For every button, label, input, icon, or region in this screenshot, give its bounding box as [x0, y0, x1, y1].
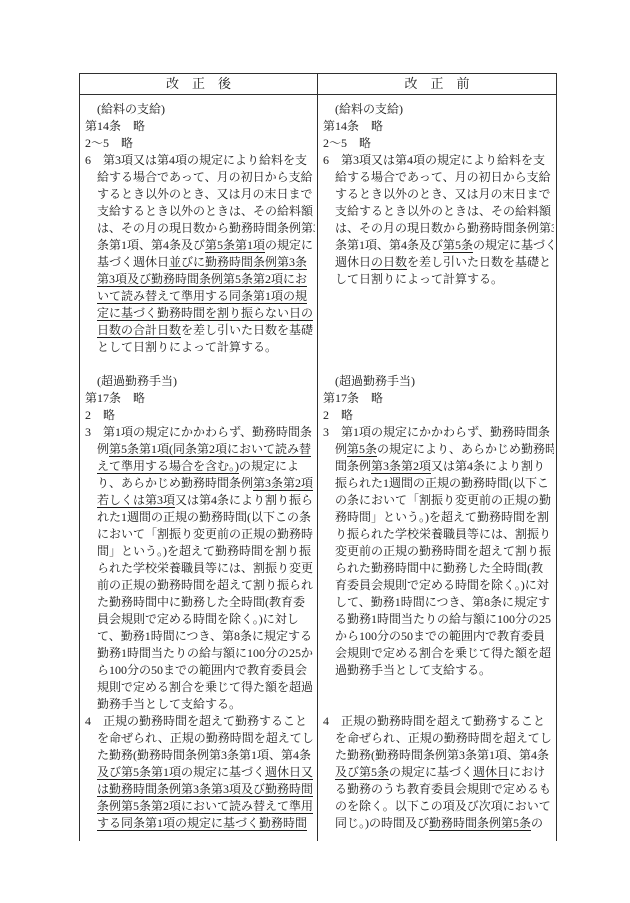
text-line: する同条第1項の規定に基づく勤務時間: [85, 815, 315, 832]
text-segment: 又は第4条により割り振ら: [175, 493, 313, 507]
text-segment: る勤務のうち教育委員会規則で定めるも: [323, 782, 551, 796]
text-segment: [85, 799, 97, 813]
text-segment: を差し引いた日数を基礎: [181, 323, 313, 337]
text-line: 6 第3項又は第4項の規定により給料を支: [85, 152, 315, 169]
text-line: いて読み替えて準用する同条第1項の規: [85, 288, 315, 305]
text-line: 2〜5 略: [323, 135, 554, 152]
text-line: る勤務1時間当たりの給与額に100分の25: [323, 611, 554, 628]
text-line: た勤務時間中に勤務した全時間(教育委: [85, 594, 315, 611]
underlined-text-segment: 並びに勤務時間条例第3条: [169, 255, 307, 270]
text-segment: 6 第3項又は第4項の規定により給料を支: [85, 153, 307, 167]
text-segment: [85, 323, 97, 337]
text-segment: 第17条 略: [85, 391, 145, 405]
text-segment: 育委員会規則で定める時間を除く。)に対: [323, 578, 549, 592]
text-segment: (給料の支給): [323, 102, 403, 116]
text-segment: して日割りによって計算する。: [323, 272, 503, 286]
text-line: の条において「割振り変更前の正規の勤: [323, 492, 554, 509]
text-segment: を差し引いた日数を基礎と: [407, 255, 551, 269]
text-line: 3 第1項の規定にかかわらず、勤務時間条: [323, 424, 554, 441]
text-segment: 支給するとき以外のときは、その給料額: [85, 204, 313, 218]
text-line: するとき以外のとき、又は月の末日まで: [323, 186, 554, 203]
text-line: られた勤務時間中に勤務した全時間(教: [323, 560, 554, 577]
text-segment: の規定に基づく: [389, 765, 473, 779]
underlined-text-segment: 第3条第2項: [371, 459, 431, 474]
text-line: 給する場合であって、月の初日から支給: [323, 169, 554, 186]
text-segment: するとき以外のとき、又は月の末日まで: [85, 187, 313, 201]
text-line: 同じ。)の時間及び勤務時間条例第5条の: [323, 815, 554, 832]
underlined-text-segment: 定に基づく勤務時間を割り振らない日の: [97, 306, 313, 321]
underlined-text-segment: は勤務時間条例第3条第3項及び勤務時間: [97, 782, 313, 797]
text-line: 日数の合計日数を差し引いた日数を基礎: [85, 322, 315, 339]
text-segment: [85, 289, 97, 303]
comparison-table: 改 正 後 改 正 前 (給料の支給)第14条 略2〜5 略6 第3項又は第4項…: [79, 73, 557, 841]
text-line: 2〜5 略: [85, 135, 315, 152]
text-segment: の規定に基づく: [473, 238, 554, 252]
text-line: て、勤務1時間につき、第8条に規定する: [85, 628, 315, 645]
text-line: 例第5条第1項(同条第2項において読み替: [85, 441, 315, 458]
text-line: して日割りによって計算する。: [323, 271, 554, 288]
text-segment: 6 第3項又は第4項の規定により給料を支: [323, 153, 545, 167]
text-line: えて準用する場合を含む。)の規定によ: [85, 458, 315, 475]
text-line: (給料の支給): [323, 101, 554, 118]
text-line: から100分の50までの範囲内で教育委員: [323, 628, 554, 645]
text-line: (超過勤務手当): [85, 373, 315, 390]
text-segment: た勤務(勤務時間条例第3条第1項、第4条: [323, 748, 549, 762]
underlined-text-segment: 日数の合計日数: [97, 323, 181, 338]
text-segment: の規定に: [265, 238, 313, 252]
text-line: を命ぜられ、正規の勤務時間を超えてし: [85, 730, 315, 747]
text-line: ら100分の50までの範囲内で教育委員会: [85, 662, 315, 679]
text-segment: る勤務1時間当たりの給与額に100分の25: [323, 612, 551, 626]
text-segment: 基づく週休日: [85, 255, 169, 269]
text-segment: 規則で定める割合を乗じて得た額を超過: [85, 680, 313, 694]
text-line: は、その月の現日数から勤務時間条例第3: [323, 220, 554, 237]
text-segment: 前の正規の勤務時間を超えて割り振られ: [85, 578, 313, 592]
text-line: り、あらかじめ勤務時間条例第3条第2項: [85, 475, 315, 492]
text-segment: の: [531, 816, 543, 830]
underlined-text-segment: 第5条: [443, 238, 473, 253]
text-line: られた学校栄養職員等には、割振り変更: [85, 560, 315, 577]
text-segment: れた1週間の正規の勤務時間(以下この条: [85, 510, 311, 524]
text-segment: して、勤務1時間につき、第8条に規定す: [323, 595, 550, 609]
text-line: 給する場合であって、月の初日から支給: [85, 169, 315, 186]
text-segment: [85, 493, 97, 507]
text-segment: 2〜5 略: [85, 136, 133, 150]
blank-line: [323, 679, 554, 696]
column-after-body: (給料の支給)第14条 略2〜5 略6 第3項又は第4項の規定により給料を支 給…: [80, 95, 317, 841]
underlined-text-segment: 第3条第2項: [253, 476, 313, 491]
text-segment: ら100分の50までの範囲内で教育委員会: [85, 663, 307, 677]
text-segment: を命ぜられ、正規の勤務時間を超えてし: [323, 731, 552, 745]
text-line: 間」という。)を超えて勤務時間を割り振: [85, 543, 315, 560]
text-segment: 員会規則で定める時間を除く。)に対し: [85, 612, 299, 626]
text-segment: 第14条 略: [323, 119, 383, 133]
text-segment: 又は第4条により割り: [431, 459, 545, 473]
text-segment: 条第1項、第4条及び: [85, 238, 205, 252]
header-after-revision: 改 正 後: [80, 74, 317, 94]
text-line: 4 正規の勤務時間を超えて勤務すること: [85, 713, 315, 730]
text-segment: [85, 816, 97, 830]
text-line: 定に基づく勤務時間を割り振らない日の: [85, 305, 315, 322]
text-segment: (給料の支給): [85, 102, 165, 116]
text-segment: の条において「割振り変更前の正規の勤: [323, 493, 551, 507]
text-segment: として日割りによって計算する。: [85, 340, 277, 354]
text-line: れた1週間の正規の勤務時間(以下この条: [85, 509, 315, 526]
text-line: (超過勤務手当): [323, 373, 554, 390]
text-segment: [85, 306, 97, 320]
text-line: において「割振り変更前の正規の勤務時: [85, 526, 315, 543]
text-segment: [85, 765, 97, 779]
text-line: 週休日の日数を差し引いた日数を基礎と: [323, 254, 554, 271]
text-segment: [85, 459, 97, 473]
text-segment: られた勤務時間中に勤務した全時間(教: [323, 561, 543, 575]
underlined-text-segment: 第3項及び勤務時間条例第5条第2項にお: [97, 272, 307, 287]
underlined-text-segment: 第5条: [347, 442, 377, 457]
text-line: 及び第5条第1項の規定に基づく週休日又: [85, 764, 315, 781]
text-segment: 第14条 略: [85, 119, 145, 133]
text-segment: 例: [323, 442, 347, 456]
blank-line: [323, 288, 554, 305]
text-line: 務時間」という。)を超えて勤務時間を割: [323, 509, 554, 526]
text-segment: から100分の50までの範囲内で教育委員: [323, 629, 545, 643]
text-line: 条第1項、第4条及び第5条第1項の規定に: [85, 237, 315, 254]
text-line: 若しくは第3項又は第4条により割り振ら: [85, 492, 315, 509]
column-before-body: (給料の支給)第14条 略2〜5 略6 第3項又は第4項の規定により給料を支 給…: [317, 95, 556, 841]
text-segment: [323, 765, 335, 779]
text-segment: た勤務(勤務時間条例第3条第1項、第4条: [85, 748, 311, 762]
text-segment: (超過勤務手当): [85, 374, 177, 388]
text-segment: は、その月の現日数から勤務時間条例第3: [85, 221, 315, 235]
text-segment: 過勤務手当として支給する。: [323, 663, 491, 677]
blank-line: [85, 356, 315, 373]
text-segment: の規定に基づく: [181, 765, 265, 779]
text-line: 振られた1週間の正規の勤務時間(以下こ: [323, 475, 554, 492]
blank-line: [323, 339, 554, 356]
text-line: 第17条 略: [85, 390, 315, 407]
text-segment: り振られた学校栄養職員等には、割振り: [323, 527, 551, 541]
text-line: り振られた学校栄養職員等には、割振り: [323, 526, 554, 543]
text-line: 基づく週休日並びに勤務時間条例第3条: [85, 254, 315, 271]
text-segment: の規定によ: [239, 459, 299, 473]
text-line: のを除く。以下この項及び次項において: [323, 798, 554, 815]
text-line: 過勤務手当として支給する。: [323, 662, 554, 679]
text-line: (給料の支給): [85, 101, 315, 118]
text-segment: するとき以外のとき、又は月の末日まで: [323, 187, 551, 201]
underlined-text-segment: 及び第5条: [335, 765, 389, 780]
blank-line: [323, 356, 554, 373]
text-line: 間条例第3条第2項又は第4条により割り: [323, 458, 554, 475]
text-line: 2 略: [323, 407, 554, 424]
text-line: 第3項及び勤務時間条例第5条第2項にお: [85, 271, 315, 288]
text-segment: 4 正規の勤務時間を超えて勤務すること: [323, 714, 545, 728]
text-line: 員会規則で定める時間を除く。)に対し: [85, 611, 315, 628]
header-before-revision: 改 正 前: [317, 74, 556, 94]
text-segment: 間」という。)を超えて勤務時間を割り振: [85, 544, 311, 558]
underlined-text-segment: えて準用する場合を含む。): [97, 459, 239, 474]
text-line: 2 略: [85, 407, 315, 424]
table-body-row: (給料の支給)第14条 略2〜5 略6 第3項又は第4項の規定により給料を支 給…: [80, 95, 556, 841]
text-line: するとき以外のとき、又は月の末日まで: [85, 186, 315, 203]
blank-line: [323, 305, 554, 322]
text-line: た勤務(勤務時間条例第3条第1項、第4条: [85, 747, 315, 764]
text-line: 3 第1項の規定にかかわらず、勤務時間条: [85, 424, 315, 441]
text-line: 4 正規の勤務時間を超えて勤務すること: [323, 713, 554, 730]
text-line: を命ぜられ、正規の勤務時間を超えてし: [323, 730, 554, 747]
text-segment: 3 第1項の規定にかかわらず、勤務時間条: [85, 425, 312, 439]
text-line: 前の正規の勤務時間を超えて割り振られ: [85, 577, 315, 594]
text-line: た勤務(勤務時間条例第3条第1項、第4条: [323, 747, 554, 764]
text-segment: のを除く。以下この項及び次項において: [323, 799, 551, 813]
text-segment: 勤務1時間当たりの給与額に100分の25か: [85, 646, 313, 660]
text-line: 第14条 略: [85, 118, 315, 135]
text-line: 例第5条の規定により、あらかじめ勤務時: [323, 441, 554, 458]
underlined-text-segment: する同条第1項の規定に基づく勤務時間: [97, 816, 307, 831]
text-line: 及び第5条の規定に基づく週休日におけ: [323, 764, 554, 781]
text-segment: 4 正規の勤務時間を超えて勤務すること: [85, 714, 307, 728]
text-line: る勤務のうち教育委員会規則で定めるも: [323, 781, 554, 798]
text-segment: [85, 782, 97, 796]
blank-line: [323, 696, 554, 713]
text-segment: において「割振り変更前の正規の勤務時: [85, 527, 313, 541]
text-segment: た勤務時間中に勤務した全時間(教育委: [85, 595, 305, 609]
text-segment: は、その月の現日数から勤務時間条例第3: [323, 221, 554, 235]
text-segment: 3 第1項の規定にかかわらず、勤務時間条: [323, 425, 550, 439]
text-line: 勤務手当として支給する。: [85, 696, 315, 713]
text-segment: 条第1項、第4条及び: [323, 238, 443, 252]
text-line: として日割りによって計算する。: [85, 339, 315, 356]
underlined-text-segment: 週休日: [473, 765, 509, 780]
text-segment: 2 略: [323, 408, 353, 422]
text-line: 支給するとき以外のときは、その給料額: [85, 203, 315, 220]
text-segment: の規定により、あらかじめ勤務時: [377, 442, 554, 456]
text-segment: 務時間」という。)を超えて勤務時間を割: [323, 510, 549, 524]
text-segment: 間条例: [323, 459, 371, 473]
text-line: 第14条 略: [323, 118, 554, 135]
text-line: は、その月の現日数から勤務時間条例第3: [85, 220, 315, 237]
blank-line: [323, 322, 554, 339]
underlined-text-segment: 若しくは第3項: [97, 493, 175, 508]
text-segment: 同じ。)の時間及び: [323, 816, 429, 830]
text-line: 条第1項、第4条及び第5条の規定に基づく: [323, 237, 554, 254]
text-segment: 会規則で定める割合を乗じて得た額を超: [323, 646, 551, 660]
text-line: 会規則で定める割合を乗じて得た額を超: [323, 645, 554, 662]
text-line: 支給するとき以外のときは、その給料額: [323, 203, 554, 220]
text-segment: におけ: [509, 765, 545, 779]
underlined-text-segment: 及び第5条第1項: [97, 765, 181, 780]
underlined-text-segment: いて読み替えて準用する同条第1項の規: [97, 289, 307, 304]
text-line: 勤務1時間当たりの給与額に100分の25か: [85, 645, 315, 662]
text-segment: 週休日: [323, 255, 371, 269]
text-segment: を命ぜられ、正規の勤務時間を超えてし: [85, 731, 314, 745]
text-line: 条例第5条第2項において読み替えて準用: [85, 798, 315, 815]
text-segment: 2〜5 略: [323, 136, 371, 150]
text-segment: 給する場合であって、月の初日から支給: [323, 170, 551, 184]
text-line: 変更前の正規の勤務時間を超えて割り振: [323, 543, 554, 560]
text-line: 育委員会規則で定める時間を除く。)に対: [323, 577, 554, 594]
text-segment: 勤務手当として支給する。: [85, 697, 241, 711]
underlined-text-segment: 週休日又: [265, 765, 313, 780]
underlined-text-segment: 条例第5条第2項において読み替えて準用: [97, 799, 313, 814]
text-line: 第17条 略: [323, 390, 554, 407]
text-line: して、勤務1時間につき、第8条に規定す: [323, 594, 554, 611]
underlined-text-segment: 第5条第1項(同条第2項において読み替: [109, 442, 311, 457]
text-segment: り、あらかじめ勤務時間条例: [85, 476, 253, 490]
underlined-text-segment: 第5条第1項: [205, 238, 265, 253]
text-segment: て、勤務1時間につき、第8条に規定する: [85, 629, 312, 643]
text-segment: 給する場合であって、月の初日から支給: [85, 170, 313, 184]
text-segment: (超過勤務手当): [323, 374, 415, 388]
text-segment: [85, 272, 97, 286]
text-line: は勤務時間条例第3条第3項及び勤務時間: [85, 781, 315, 798]
table-header-row: 改 正 後 改 正 前: [80, 74, 556, 95]
text-line: 6 第3項又は第4項の規定により給料を支: [323, 152, 554, 169]
page: 改 正 後 改 正 前 (給料の支給)第14条 略2〜5 略6 第3項又は第4項…: [0, 0, 630, 903]
text-segment: られた学校栄養職員等には、割振り変更: [85, 561, 313, 575]
underlined-text-segment: 勤務時間条例第5条: [429, 816, 531, 831]
text-segment: 第17条 略: [323, 391, 383, 405]
text-line: 規則で定める割合を乗じて得た額を超過: [85, 679, 315, 696]
underlined-text-segment: の日数: [371, 255, 407, 270]
text-segment: 2 略: [85, 408, 115, 422]
text-segment: 例: [85, 442, 109, 456]
text-segment: 変更前の正規の勤務時間を超えて割り振: [323, 544, 551, 558]
text-segment: 支給するとき以外のときは、その給料額: [323, 204, 551, 218]
text-segment: 振られた1週間の正規の勤務時間(以下こ: [323, 476, 549, 490]
